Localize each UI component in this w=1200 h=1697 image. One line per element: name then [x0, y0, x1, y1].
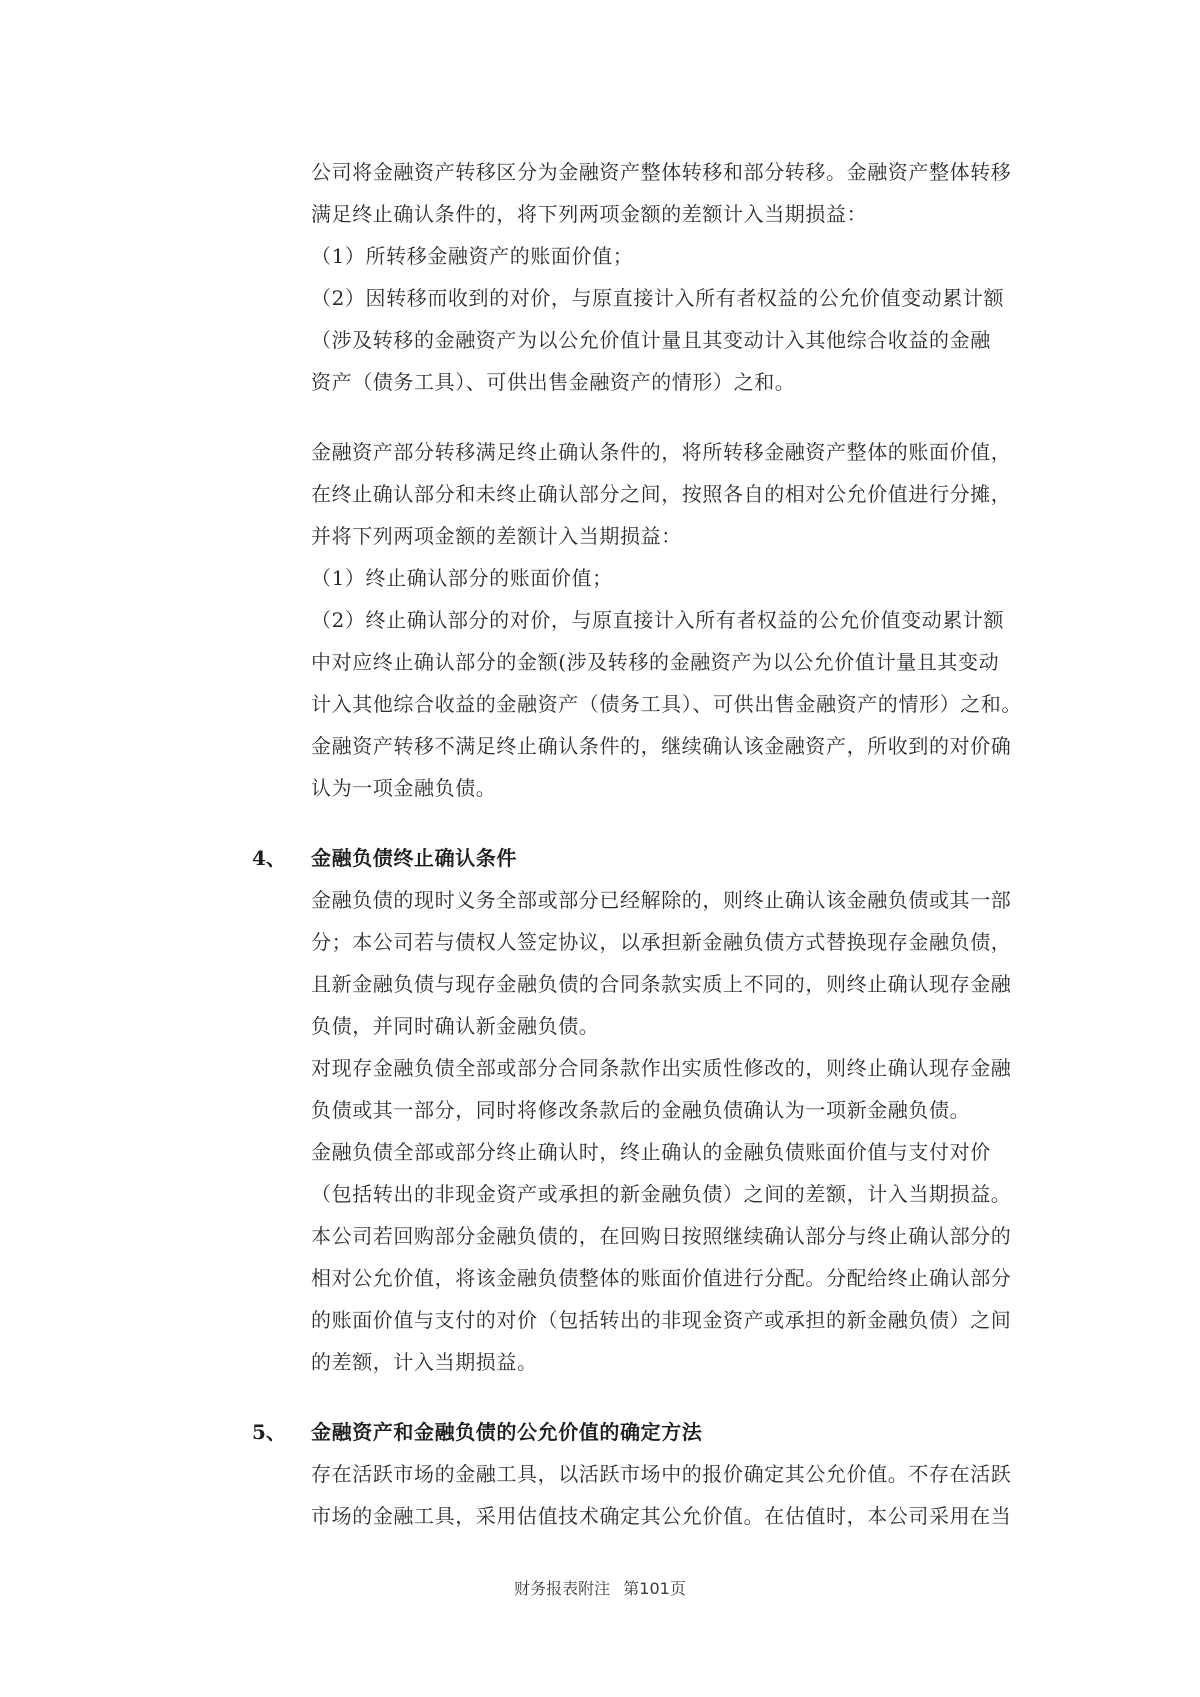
page-number: 第101页: [623, 1579, 686, 1598]
text-line: 市场的金融工具，采用估值技术确定其公允价值。在估值时，本公司采用在当: [311, 1502, 1011, 1530]
text-line: （包括转出的非现金资产或承担的新金融负债）之间的差额，计入当期损益。: [311, 1180, 1011, 1208]
section-number: 5、: [252, 1418, 286, 1446]
section-title: 金融资产和金融负债的公允价值的确定方法: [311, 1418, 702, 1446]
text-line: 金融资产转移不满足终止确认条件的，继续确认该金融资产，所收到的对价确: [311, 732, 1011, 760]
text-line: 相对公允价值，将该金融负债整体的账面价值进行分配。分配给终止确认部分: [311, 1264, 1011, 1292]
text-line: （涉及转移的金融资产为以公允价值计量且其变动计入其他综合收益的金融: [311, 326, 991, 354]
text-line: 金融负债全部或部分终止确认时，终止确认的金融负债账面价值与支付对价: [311, 1138, 991, 1166]
section-number: 4、: [252, 844, 286, 872]
section-title: 金融负债终止确认条件: [311, 844, 517, 872]
text-line: 负债或其一部分，同时将修改条款后的金融负债确认为一项新金融负债。: [311, 1096, 970, 1124]
text-line: 资产（债务工具）、可供出售金融资产的情形）之和。: [311, 368, 795, 396]
text-line: 认为一项金融负债。: [311, 774, 496, 802]
text-line: 且新金融负债与现存金融负债的合同条款实质上不同的，则终止确认现存金融: [311, 970, 1011, 998]
text-line: 在终止确认部分和未终止确认部分之间，按照各自的相对公允价值进行分摊，: [311, 480, 1011, 508]
text-line: 中对应终止确认部分的金额(涉及转移的金融资产为以公允价值计量且其变动: [311, 648, 999, 676]
page-footer: 财务报表附注 第101页: [0, 1578, 1200, 1600]
list-item: （1）终止确认部分的账面价值；: [311, 564, 613, 592]
text-line: 满足终止确认条件的，将下列两项金额的差额计入当期损益：: [311, 200, 867, 228]
document-page: 公司将金融资产转移区分为金融资产整体转移和部分转移。金融资产整体转移 满足终止确…: [0, 0, 1200, 1697]
footer-label: 财务报表附注: [514, 1579, 610, 1598]
text-line: 存在活跃市场的金融工具，以活跃市场中的报价确定其公允价值。不存在活跃: [311, 1460, 1011, 1488]
text-line: 金融负债的现时义务全部或部分已经解除的，则终止确认该金融负债或其一部: [311, 886, 1011, 914]
text-line: 并将下列两项金额的差额计入当期损益：: [311, 522, 682, 550]
list-item: （1）所转移金融资产的账面价值；: [311, 242, 633, 270]
text-line: 分；本公司若与债权人签定协议，以承担新金融负债方式替换现存金融负债，: [311, 928, 1011, 956]
text-line: 公司将金融资产转移区分为金融资产整体转移和部分转移。金融资产整体转移: [311, 158, 1011, 186]
text-line: 金融资产部分转移满足终止确认条件的，将所转移金融资产整体的账面价值，: [311, 438, 1011, 466]
text-line: 负债，并同时确认新金融负债。: [311, 1012, 599, 1040]
text-line: 的账面价值与支付的对价（包括转出的非现金资产或承担的新金融负债）之间: [311, 1306, 1011, 1334]
text-line: 计入其他综合收益的金融资产（债务工具）、可供出售金融资产的情形）之和。: [311, 690, 1022, 718]
text-line: 本公司若回购部分金融负债的，在回购日按照继续确认部分与终止确认部分的: [311, 1222, 1011, 1250]
text-line: 的差额，计入当期损益。: [311, 1348, 538, 1376]
list-item: （2）因转移而收到的对价，与原直接计入所有者权益的公允价值变动累计额: [311, 284, 1004, 312]
text-line: 对现存金融负债全部或部分合同条款作出实质性修改的，则终止确认现存金融: [311, 1054, 1011, 1082]
list-item: （2）终止确认部分的对价，与原直接计入所有者权益的公允价值变动累计额: [311, 606, 1004, 634]
